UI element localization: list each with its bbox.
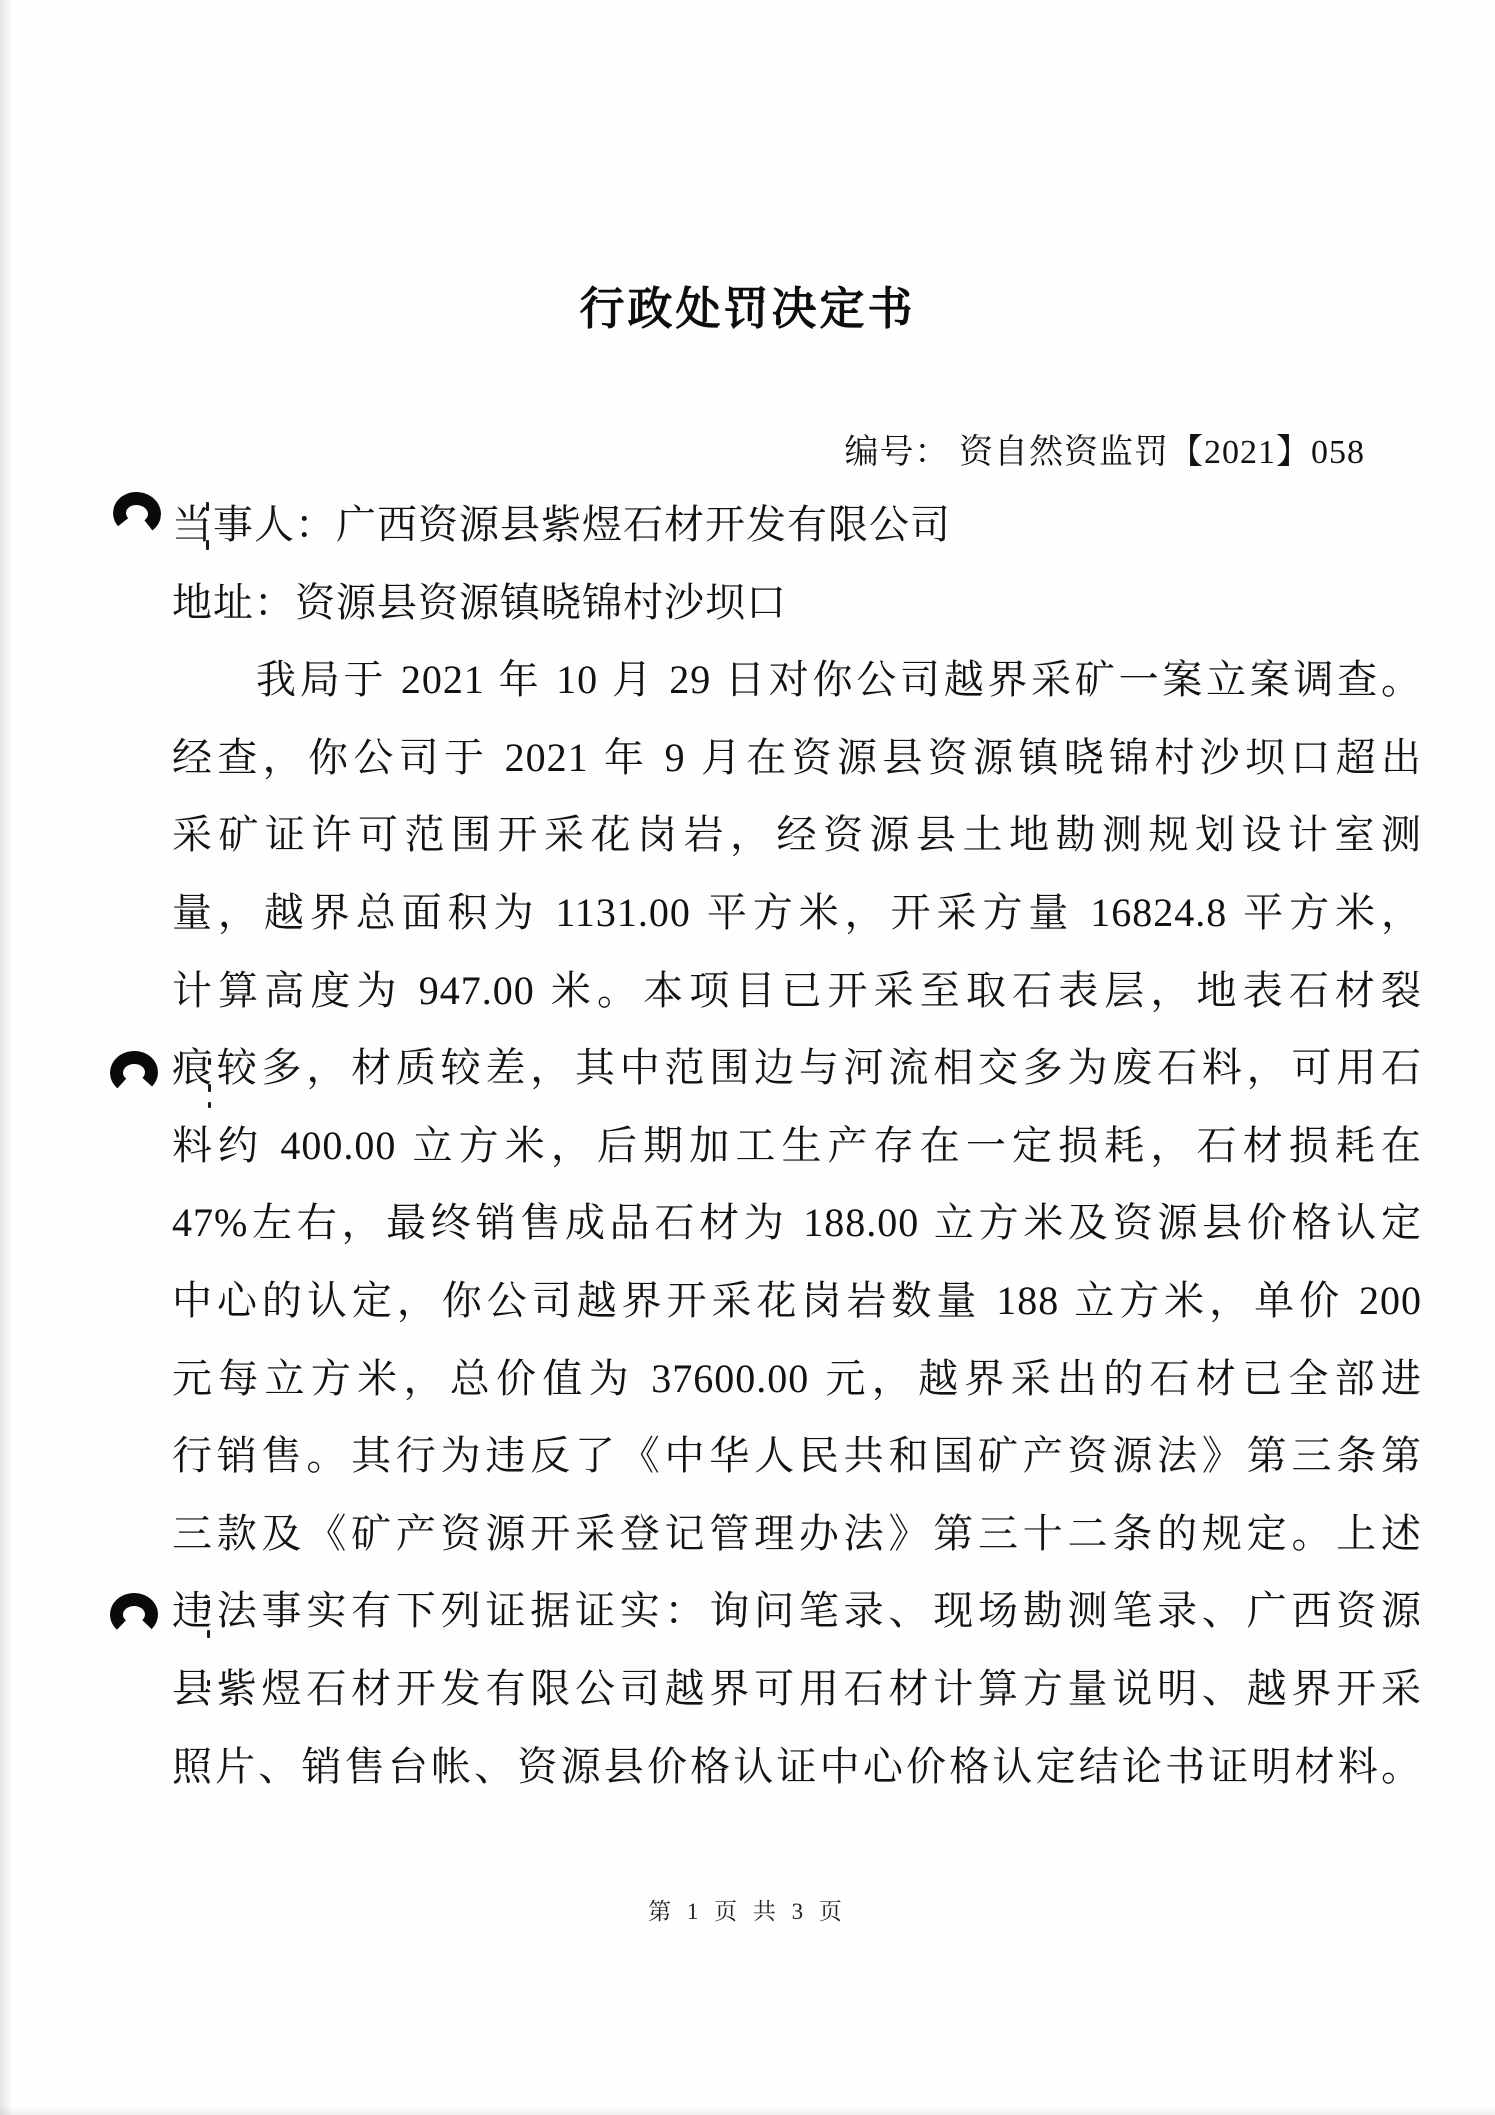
binding-mark-bottom	[110, 1593, 159, 1637]
binding-mark-top	[111, 489, 164, 538]
document-body: 当事人：广西资源县紫煜石材开发有限公司 地址：资源县资源镇晓锦村沙坝口 我局于 …	[172, 486, 1422, 1805]
body-line: 我局于 2021 年 10 月 29 日对你公司越界采矿一案立案调查。	[172, 641, 1422, 719]
scan-speck	[207, 1600, 210, 1608]
scan-speck	[206, 502, 209, 511]
document-page: 行政处罚决定书 编号： 资自然资监罚【2021】058 当事人：广西资源县紫煜石…	[0, 0, 1495, 2115]
scan-speck	[207, 1630, 210, 1638]
body-line: 经查，你公司于 2021 年 9 月在资源县资源镇晓锦村沙坝口超出	[172, 719, 1422, 797]
body-line: 采矿证许可范围开采花岗岩，经资源县土地勘测规划设计室测	[172, 796, 1422, 874]
body-line: 量，越界总面积为 1131.00 平方米，开采方量 16824.8 平方米，	[172, 874, 1422, 952]
body-line: 违法事实有下列证据证实：询问笔录、现场勘测笔录、广西资源	[172, 1572, 1422, 1650]
body-line: 47%左右，最终销售成品石材为 188.00 立方米及资源县价格认定	[172, 1184, 1422, 1262]
scan-speck	[208, 1084, 211, 1092]
body-line: 计算高度为 947.00 米。本项目已开采至取石表层，地表石材裂	[172, 952, 1422, 1030]
scan-edge-shadow-bottom	[0, 2106, 1495, 2115]
scan-speck	[207, 1680, 210, 1686]
party-line: 当事人：广西资源县紫煜石材开发有限公司	[172, 486, 1422, 564]
scan-speck	[206, 540, 209, 550]
body-line: 三款及《矿产资源开采登记管理办法》第三十二条的规定。上述	[172, 1495, 1422, 1573]
body-line: 中心的认定，你公司越界开采花岗岩数量 188 立方米，单价 200	[172, 1262, 1422, 1340]
page-title: 行政处罚决定书	[0, 272, 1495, 337]
page-number-footer: 第 1 页 共 3 页	[0, 1893, 1495, 1926]
address-line: 地址：资源县资源镇晓锦村沙坝口	[172, 564, 1422, 642]
body-line: 照片、销售台帐、资源县价格认证中心价格认定结论书证明材料。	[172, 1728, 1422, 1806]
body-line: 县紫煜石材开发有限公司越界可用石材计算方量说明、越界开采	[172, 1650, 1422, 1728]
body-line: 元每立方米，总价值为 37600.00 元，越界采出的石材已全部进	[172, 1340, 1422, 1418]
doc-number: 编号： 资自然资监罚【2021】058	[0, 424, 1495, 473]
body-line: 行销售。其行为违反了《中华人民共和国矿产资源法》第三条第	[172, 1417, 1422, 1495]
body-line: 料约 400.00 立方米，后期加工生产存在一定损耗，石材损耗在	[172, 1107, 1422, 1185]
binding-mark-middle	[109, 1050, 159, 1095]
scan-speck	[208, 1058, 211, 1065]
body-line: 痕较多，材质较差，其中范围边与河流相交多为废石料，可用石	[172, 1029, 1422, 1107]
scan-speck	[208, 1102, 211, 1108]
